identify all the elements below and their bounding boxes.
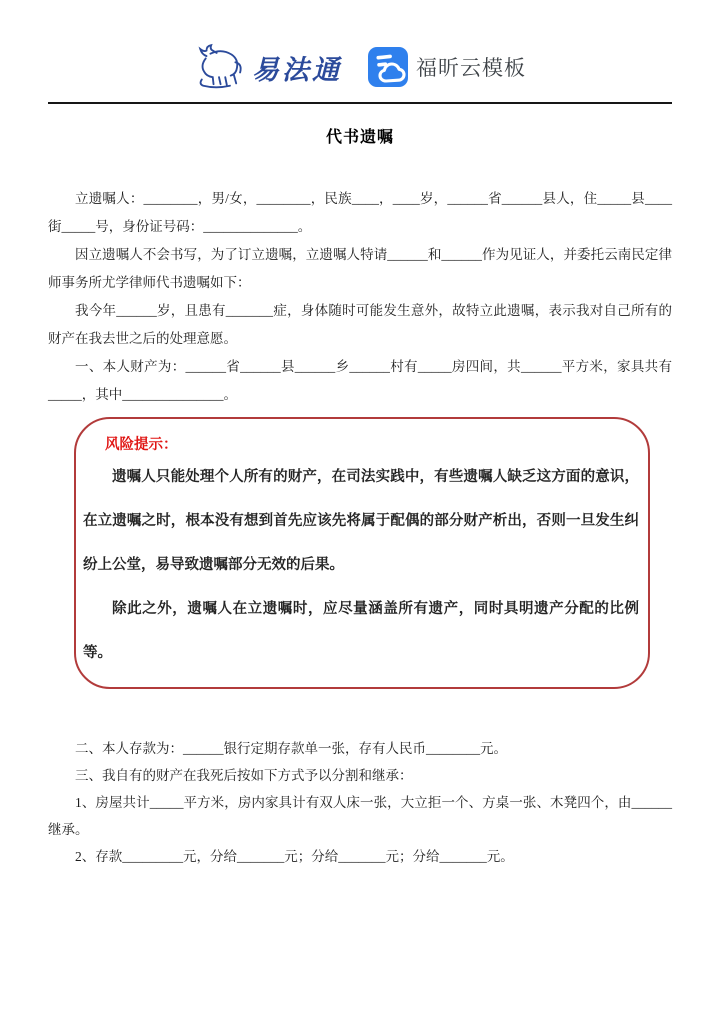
document-page: 易法通 福昕云模板 代书遗嘱 立遗嘱人：________，男/女，_______…	[0, 0, 720, 1018]
risk-box-label: 风险提示：	[105, 435, 639, 455]
yifatong-logo-text: 易法通	[252, 48, 342, 87]
page-header: 易法通 福昕云模板	[0, 0, 720, 96]
paragraph-property: 一、本人财产为：______省______县______乡______村有___…	[48, 353, 672, 409]
yifatong-logo: 易法通	[194, 41, 342, 93]
paragraph-deposit: 二、本人存款为：______银行定期存款单一张，存有人民币________元。	[48, 735, 672, 762]
foxit-logo: 福昕云模板	[368, 47, 526, 87]
paragraph-testator-info: 立遗嘱人：________，男/女，________，民族____，____岁，…	[48, 185, 672, 241]
cloud-document-icon	[368, 47, 408, 87]
risk-box-paragraph-1: 遗嘱人只能处理个人所有的财产，在司法实践中，有些遗嘱人缺乏这方面的意识，在立遗嘱…	[83, 455, 639, 587]
risk-box: 风险提示： 遗嘱人只能处理个人所有的财产，在司法实践中，有些遗嘱人缺乏这方面的意…	[74, 417, 650, 689]
ox-logo-icon	[194, 41, 244, 93]
paragraph-division-intro: 三、我自有的财产在我死后按如下方式予以分割和继承：	[48, 762, 672, 789]
paragraph-health: 我今年______岁，且患有_______症，身体随时可能发生意外，故特立此遗嘱…	[48, 297, 672, 353]
paragraph-deposit-division: 2、存款_________元，分给_______元；分给_______元；分给_…	[48, 843, 672, 870]
document-body-lower: 二、本人存款为：______银行定期存款单一张，存有人民币________元。 …	[48, 735, 672, 870]
risk-box-paragraph-2: 除此之外，遗嘱人在立遗嘱时，应尽量涵盖所有遗产，同时具明遗产分配的比例等。	[83, 587, 639, 675]
header-divider	[48, 102, 672, 104]
document-body: 立遗嘱人：________，男/女，________，民族____，____岁，…	[48, 185, 672, 870]
document-title: 代书遗嘱	[0, 124, 720, 147]
paragraph-house-division: 1、房屋共计_____平方米，房内家具计有双人床一张，大立拒一个、方桌一张、木凳…	[48, 789, 672, 843]
paragraph-witness: 因立遗嘱人不会书写，为了订立遗嘱，立遗嘱人特请______和______作为见证…	[48, 241, 672, 297]
foxit-logo-text: 福昕云模板	[416, 52, 526, 82]
